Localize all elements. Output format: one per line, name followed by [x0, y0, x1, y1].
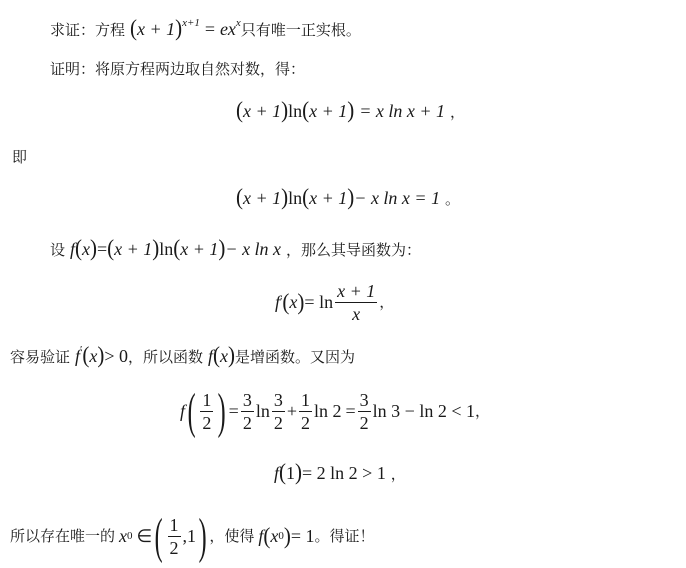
paren-open: ( — [173, 236, 180, 260]
paren-open: ( — [302, 185, 309, 209]
concl-sub0: 0 — [127, 525, 133, 547]
fhalf-punct: ， — [475, 400, 490, 422]
conclusion: 所以存在唯一的 x0 ∈(12,1) ，使得 f(x0)= 1 。得证！ — [10, 510, 375, 562]
paren-close: ) — [284, 524, 291, 548]
paren-close: ) — [97, 343, 104, 367]
deriv-numerator: x + 1 — [335, 281, 377, 303]
concl-in: ∈ — [137, 525, 153, 547]
fhalf-term3: 12 — [299, 390, 312, 433]
define-x: x — [82, 239, 90, 259]
fhalf-eq2: = — [346, 400, 356, 422]
eq1-term-b: x + 1 — [309, 101, 347, 121]
claim-rhs: ex — [220, 19, 236, 39]
paren-open: ( — [82, 343, 89, 367]
fhalf-tail: ln 3 − ln 2 < 1 — [373, 400, 475, 422]
fhalf-term1: 32 — [241, 390, 254, 433]
fhalf-arg-num: 1 — [200, 390, 213, 412]
paren-open: ( — [107, 236, 114, 260]
concl-x: x — [119, 525, 127, 547]
big-paren-open: ( — [188, 386, 196, 436]
paren-close: ) — [90, 236, 97, 260]
fhalf-eq1: = — [229, 400, 239, 422]
define-suffix: ，那么其导函数为： — [286, 241, 421, 259]
eq2-term-b: x + 1 — [309, 188, 347, 208]
paren-close: ) — [281, 185, 288, 209]
t3-num: 1 — [299, 390, 312, 412]
concl-interval-left: 12 — [168, 515, 181, 558]
paren-open: ( — [302, 98, 309, 122]
fhalf-ln2: ln 2 — [314, 400, 342, 422]
paren-open: ( — [282, 290, 289, 314]
eq1-ln: ln — [288, 101, 302, 121]
fhalf-f: f — [180, 400, 185, 422]
claim-lhs-exponent: x+1 — [182, 17, 200, 29]
paren-open: ( — [236, 185, 243, 209]
verify-cmp: > 0 — [104, 346, 128, 366]
deriv-fraction: x + 1x — [335, 281, 377, 324]
paren-close: ) — [347, 98, 354, 122]
define-prefix: 设 — [50, 241, 65, 259]
concl-mid: ，使得 — [209, 525, 254, 547]
equation-1: (x + 1)ln(x + 1) = x ln x + 1 ， — [236, 99, 465, 123]
fhalf-plus: + — [287, 400, 297, 422]
fhalf-arg: 12 — [200, 390, 213, 433]
paren-close: ) — [281, 98, 288, 122]
paren-close: ) — [218, 236, 225, 260]
claim-prefix: 求证：方程 — [50, 21, 125, 39]
fhalf-arg-den: 2 — [200, 412, 213, 433]
eq1-term-a: x + 1 — [243, 101, 281, 121]
eq2-term-a: x + 1 — [243, 188, 281, 208]
paren-open: ( — [130, 16, 137, 40]
verify-increasing: 容易验证 f′(x)> 0，所以函数 f(x)是增函数。又因为 — [10, 339, 355, 368]
paren-close: ) — [347, 185, 354, 209]
concl-prefix: 所以存在唯一的 — [10, 525, 115, 547]
paren-close: ) — [297, 290, 304, 314]
f-half-evaluation: f(12) = 32ln 32+ 12ln 2 = 32ln 3 − ln 2 … — [180, 385, 490, 437]
verify-mid: ，所以函数 — [128, 348, 203, 366]
fone-rest: = 2 ln 2 > 1 — [302, 463, 386, 483]
verify-x2: x — [220, 346, 228, 366]
deriv-x: x — [289, 291, 297, 313]
deriv-eq: = ln — [304, 291, 333, 313]
int-num: 1 — [168, 515, 181, 537]
fhalf-ln1: ln — [256, 400, 270, 422]
concl-suffix: 。得证！ — [315, 525, 375, 547]
paren-close: ) — [152, 236, 159, 260]
claim-statement: 求证：方程 (x + 1)x+1 = exx只有唯一正实根。 — [50, 12, 361, 41]
equation-2: (x + 1)ln(x + 1)− x ln x = 1 。 — [236, 186, 460, 210]
eq2-ln: ln — [288, 188, 302, 208]
t2-num: 3 — [272, 390, 285, 412]
eq2-punct: 。 — [445, 190, 460, 208]
define-f: 设 f(x)=(x + 1)ln(x + 1)− x ln x ，那么其导函数为… — [50, 237, 421, 261]
eq1-punct: ， — [450, 103, 465, 121]
claim-equals: = — [205, 19, 215, 39]
define-term-a: x + 1 — [114, 239, 152, 259]
paren-close: ) — [295, 460, 302, 484]
claim-lhs-base: x + 1 — [137, 19, 175, 39]
fhalf-term2: 32 — [272, 390, 285, 433]
fhalf-term4: 32 — [358, 390, 371, 433]
f-one-evaluation: f(1)= 2 ln 2 > 1 ， — [274, 461, 406, 485]
int-den: 2 — [168, 537, 181, 558]
t1-num: 3 — [241, 390, 254, 412]
concl-arg-x: x — [270, 525, 278, 547]
deriv-punct: ， — [379, 291, 394, 313]
eq1-rest: = x ln x + 1 — [359, 101, 445, 121]
big-paren-open: ( — [155, 511, 163, 561]
define-eq: = — [97, 239, 107, 259]
paren-open: ( — [75, 236, 82, 260]
define-ln: ln — [159, 239, 173, 259]
verify-x: x — [89, 346, 97, 366]
proof-intro: 证明：将原方程两边取自然对数，得： — [50, 58, 305, 80]
fone-arg: 1 — [286, 463, 295, 483]
eq2-rest: − x ln x = 1 — [354, 188, 440, 208]
t3-den: 2 — [299, 412, 312, 433]
paren-open: ( — [279, 460, 286, 484]
t4-num: 3 — [358, 390, 371, 412]
define-term-b: x + 1 — [180, 239, 218, 259]
paren-close: ) — [175, 16, 182, 40]
paren-close: ) — [228, 343, 235, 367]
deriv-denominator: x — [350, 303, 362, 324]
t4-den: 2 — [358, 412, 371, 433]
paren-open: ( — [263, 524, 270, 548]
verify-suffix: 是增函数。又因为 — [235, 348, 355, 366]
paren-open: ( — [213, 343, 220, 367]
big-paren-close: ) — [218, 386, 226, 436]
paren-open: ( — [236, 98, 243, 122]
big-paren-close: ) — [199, 511, 207, 561]
claim-suffix: 只有唯一正实根。 — [241, 21, 361, 39]
define-rest: − x ln x — [225, 239, 281, 259]
concl-rest: = 1 — [291, 525, 315, 547]
derivative: f′(x)= ln x + 1x ， — [275, 277, 394, 327]
concl-int-right: 1 — [187, 525, 196, 547]
ji-connector: 即 — [12, 146, 27, 168]
fone-punct: ， — [391, 465, 406, 483]
t1-den: 2 — [241, 412, 254, 433]
t2-den: 2 — [272, 412, 285, 433]
verify-prefix: 容易验证 — [10, 348, 70, 366]
